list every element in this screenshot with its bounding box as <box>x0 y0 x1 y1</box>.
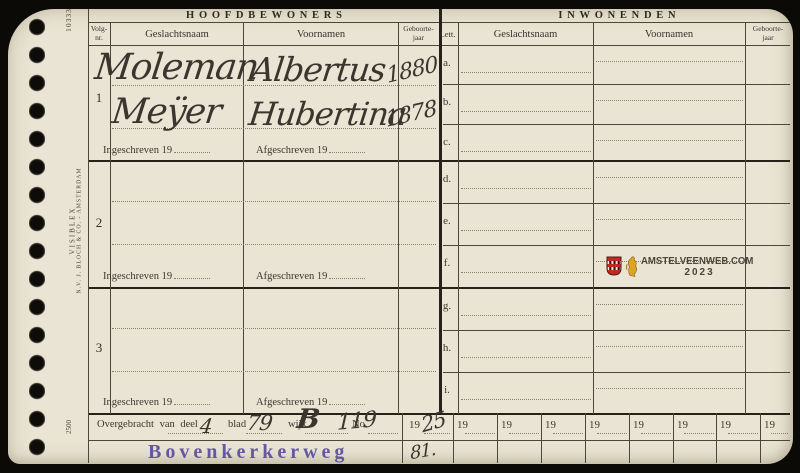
coat-of-arms-shield-icon <box>606 256 622 276</box>
dotted-rule <box>112 244 436 245</box>
dotted-rule <box>596 304 743 305</box>
dotted-leader <box>174 400 210 405</box>
rule-line <box>453 413 454 463</box>
street-name-stamp: Bovenkerkerweg <box>148 441 344 464</box>
rule-line <box>443 124 790 125</box>
column-header-surname-left: Geslachtsnaam <box>112 29 242 40</box>
year-column-3: 19 <box>545 419 556 431</box>
section-number-3: 3 <box>88 340 110 356</box>
column-header-birthyear-right: Geboorte- jaar <box>745 25 791 42</box>
dotted-rule <box>461 151 591 152</box>
dotted-rule <box>771 433 788 434</box>
dotted-leader <box>329 148 365 153</box>
dotted-rule <box>596 219 743 220</box>
column-header-volgnr: Volg- nr. <box>88 25 110 42</box>
dotted-rule <box>168 433 223 434</box>
dotted-rule <box>461 272 591 273</box>
scanned-register-card: 10333 VISIBLEX N.V. J. BLOCH & CO. - AMS… <box>0 0 800 473</box>
ingeschreven-label-2: Ingeschreven 19 <box>103 271 210 282</box>
row-letter-f: f. <box>438 257 456 269</box>
blad-value: 79 <box>246 411 274 435</box>
dotted-rule <box>112 201 436 202</box>
row-letter-h: h. <box>438 342 456 354</box>
first-year-prefix: 19 <box>409 419 420 431</box>
dotted-rule <box>461 399 591 400</box>
rule-line <box>541 413 542 463</box>
house-number: 81. <box>410 439 436 465</box>
dotted-rule <box>597 433 627 434</box>
rule-line <box>673 413 674 463</box>
rule-line <box>88 9 89 463</box>
left-table-title: HOOFDBEWONERS <box>88 10 440 21</box>
column-header-firstnames-right: Voornamen <box>594 29 744 40</box>
rule-line <box>745 22 746 414</box>
entry-surname-1: Moleman <box>92 47 260 88</box>
dotted-leader <box>174 274 210 279</box>
year-column-5: 19 <box>633 419 644 431</box>
printer-company: N.V. J. BLOCH & CO. - AMSTERDAM <box>77 146 83 316</box>
row-letter-a: a. <box>438 57 456 69</box>
dotted-rule <box>684 433 714 434</box>
lion-rampant-icon <box>625 256 638 277</box>
watermark-year: 2023 <box>641 267 758 278</box>
ingeschreven-label-3: Ingeschreven 19 <box>103 397 210 408</box>
blad-label: blad <box>228 419 246 430</box>
dotted-rule <box>596 177 743 178</box>
rule-line <box>443 330 790 331</box>
section-number-1: 1 <box>88 90 110 106</box>
row-letter-d: d. <box>438 173 456 185</box>
amstelveenweb-watermark: AMSTELVEENWEB.COM 2023 <box>606 256 758 278</box>
row-letter-i: i. <box>438 384 456 396</box>
rule-line <box>629 413 630 463</box>
dotted-rule <box>461 111 591 112</box>
plate-number: 10333 <box>64 0 76 40</box>
year-column-4: 19 <box>589 419 600 431</box>
stock-number: 2500 <box>65 407 75 447</box>
dotted-leader <box>329 400 365 405</box>
rule-line <box>497 413 498 463</box>
dotted-rule <box>461 357 591 358</box>
column-header-birthyear-left: Geboorte- jaar <box>398 25 439 42</box>
rule-line <box>760 413 761 463</box>
dotted-rule <box>553 433 583 434</box>
dotted-rule <box>509 433 539 434</box>
rule-line <box>593 22 594 414</box>
dotted-leader <box>174 148 210 153</box>
year-column-1: 19 <box>457 419 468 431</box>
dotted-rule <box>112 371 436 372</box>
dotted-rule <box>465 433 495 434</box>
dotted-rule <box>641 433 671 434</box>
rule-line <box>585 413 586 463</box>
rule-line <box>716 413 717 463</box>
no-value: 119 <box>337 407 377 436</box>
entry-firstnames-1: Albertus <box>249 50 388 89</box>
year-column-2: 19 <box>501 419 512 431</box>
row-letter-b: b. <box>438 96 456 108</box>
overgebracht-label: Overgebracht van deel <box>97 419 198 430</box>
column-header-surname-right: Geslachtsnaam <box>459 29 592 40</box>
row-letter-g: g. <box>438 300 456 312</box>
afgeschreven-label-1: Afgeschreven 19 <box>256 145 365 156</box>
rule-line <box>458 22 459 414</box>
section-number-2: 2 <box>88 215 110 231</box>
column-header-firstnames-left: Voornamen <box>245 29 397 40</box>
ingeschreven-label-1: Ingeschreven 19 <box>103 145 210 156</box>
wijk-value: B <box>295 404 321 435</box>
year-column-6: 19 <box>677 419 688 431</box>
afgeschreven-label-2: Afgeschreven 19 <box>256 271 365 282</box>
dotted-rule <box>596 100 743 101</box>
year-column-8: 19 <box>764 419 775 431</box>
year-column-7: 19 <box>720 419 731 431</box>
dotted-rule <box>596 61 743 62</box>
rule-line <box>443 84 790 85</box>
row-letter-c: c. <box>438 136 456 148</box>
dotted-rule <box>596 346 743 347</box>
column-header-lett: Lett. <box>438 29 457 39</box>
rule-line <box>443 245 790 246</box>
dotted-rule <box>461 188 591 189</box>
printer-brand: VISIBLEX <box>69 146 77 316</box>
dotted-rule <box>112 328 436 329</box>
dotted-leader <box>329 274 365 279</box>
binder-holes <box>29 13 45 461</box>
dotted-rule <box>461 72 591 73</box>
right-table-title: INWONENDEN <box>443 10 791 21</box>
watermark-site: AMSTELVEENWEB.COM <box>641 256 753 267</box>
dotted-rule <box>728 433 758 434</box>
rule-line <box>402 413 403 463</box>
dotted-rule <box>596 388 743 389</box>
dotted-rule <box>596 140 743 141</box>
rule-line <box>443 203 790 204</box>
dotted-rule <box>461 230 591 231</box>
dotted-rule <box>461 315 591 316</box>
dotted-rule <box>368 433 398 434</box>
entry-surname-2: Meÿer <box>110 92 224 132</box>
rule-line <box>443 372 790 373</box>
row-letter-e: e. <box>438 215 456 227</box>
printer-imprint: VISIBLEX N.V. J. BLOCH & CO. - AMSTERDAM <box>69 146 86 316</box>
watermark-text: AMSTELVEENWEB.COM 2023 <box>641 256 758 278</box>
